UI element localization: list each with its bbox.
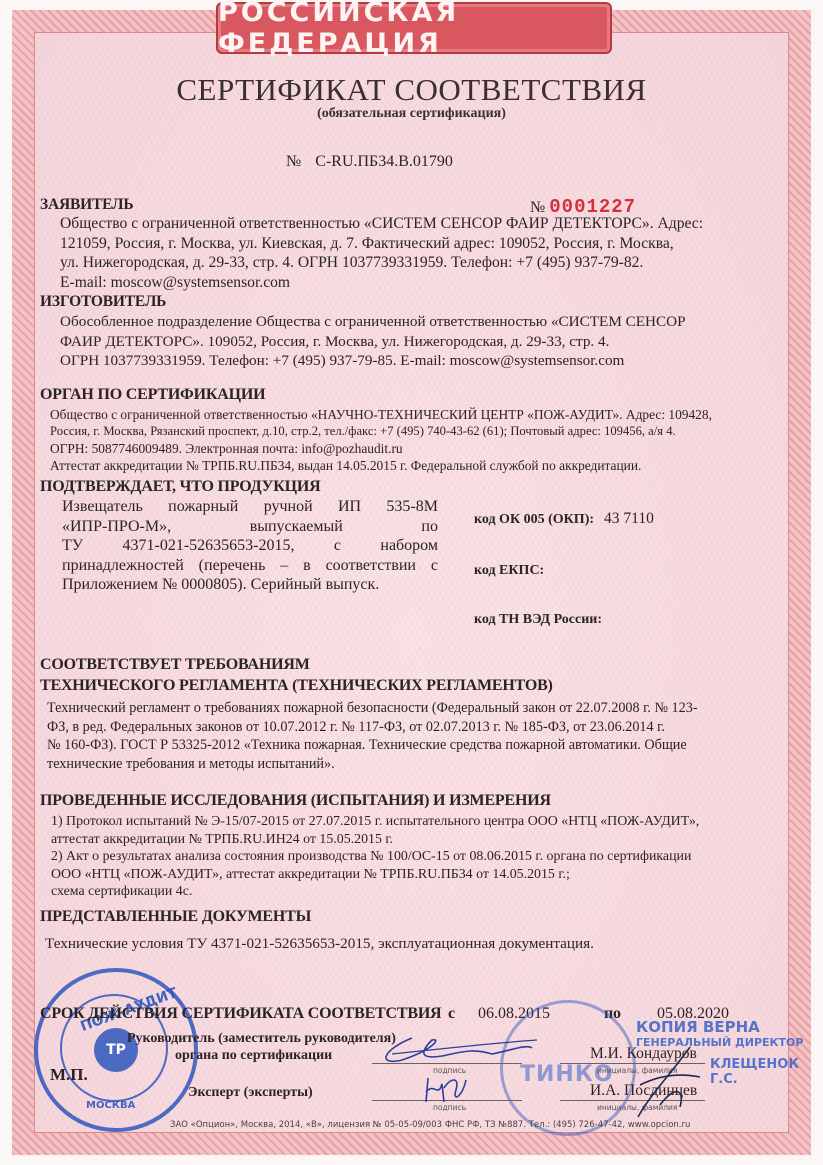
validity-from-label: с	[448, 1005, 455, 1023]
code-ekps: код ЕКПС:	[474, 561, 554, 579]
code-tnved: код ТН ВЭД России:	[474, 610, 612, 628]
applicant-line: 121059, Россия, г. Москва, ул. Киевская,…	[60, 234, 703, 254]
requirements-line: ФЗ, в ред. Федеральных законов от 10.07.…	[47, 718, 698, 737]
requirements-subheading: ТЕХНИЧЕСКОГО РЕГЛАМЕНТА (ТЕХНИЧЕСКИХ РЕГ…	[40, 677, 553, 695]
applicant-line: Общество с ограниченной ответственностью…	[60, 214, 703, 234]
certificate-number: №C-RU.ПБ34.В.01790	[286, 153, 453, 171]
number-sign: №	[286, 153, 301, 170]
expert-label: Эксперт (эксперты)	[188, 1085, 313, 1101]
product-line: ИзвещательпожарныйручнойИП535-8М	[62, 497, 438, 517]
certification-body-heading: ОРГАН ПО СЕРТИФИКАЦИИ	[40, 386, 265, 404]
head-signature	[372, 1030, 542, 1070]
round-seal-bottom: МОСКВА	[86, 1100, 135, 1111]
manufacturer-line: ФАИР ДЕТЕКТОРС». 109052, Россия, г. Моск…	[60, 332, 686, 352]
head-label: Руководитель (заместитель руководителя)	[127, 1031, 396, 1047]
applicant-text: Общество с ограниченной ответственностью…	[60, 214, 703, 292]
code-okp-value: 43 7110	[604, 510, 654, 527]
code-okp: код ОК 005 (ОКП):43 7110	[474, 510, 654, 528]
certification-body-line: ОГРН: 5087746009489. Электронная почта: …	[50, 440, 712, 457]
tests-line: ООО «НТЦ «ПОЖ-АУДИТ», аттестат аккредита…	[51, 866, 699, 884]
seal-label: М.П.	[50, 1065, 88, 1085]
code-tnved-label: код ТН ВЭД России:	[474, 612, 602, 627]
validity-heading: СРОК ДЕЙСТВИЯ СЕРТИФИКАТА СООТВЕТСТВИЯ	[40, 1005, 441, 1023]
requirements-line: технические требования и методы испытани…	[47, 755, 698, 774]
manufacturer-line: ОГРН 1037739331959. Телефон: +7 (495) 93…	[60, 351, 686, 371]
tests-line: схема сертификации 4с.	[51, 883, 699, 901]
requirements-heading: СООТВЕТСТВУЕТ ТРЕБОВАНИЯМ	[40, 656, 310, 674]
code-ekps-label: код ЕКПС:	[474, 563, 544, 578]
manufacturer-heading: ИЗГОТОВИТЕЛЬ	[40, 293, 166, 311]
tests-text: 1) Протокол испытаний № Э-15/07-2015 от …	[51, 813, 699, 901]
applicant-line: E-mail: moscow@systemsensor.com	[60, 273, 703, 293]
documents-text: Технические условия ТУ 4371-021-52635653…	[45, 934, 594, 954]
product-description: ИзвещательпожарныйручнойИП535-8М «ИПР-ПР…	[62, 497, 438, 595]
manufacturer-line: Обособленное подразделение Общества с ог…	[60, 312, 686, 332]
certification-body-line: Аттестат аккредитации № ТРПБ.RU.ПБ34, вы…	[50, 457, 712, 474]
product-line: «ИПР-ПРО-М»,выпускаемыйпо	[62, 517, 438, 537]
documents-heading: ПРЕДСТАВЛЕННЫЕ ДОКУМЕНТЫ	[40, 908, 311, 926]
document-subtitle: (обязательная сертификация)	[0, 106, 823, 122]
code-okp-label: код ОК 005 (ОКП):	[474, 512, 594, 527]
manufacturer-text: Обособленное подразделение Общества с ог…	[60, 312, 686, 371]
requirements-line: Технический регламент о требованиях пожа…	[47, 699, 698, 718]
banner-text: РОССИЙСКАЯ ФЕДЕРАЦИЯ	[218, 0, 610, 59]
tests-line: 2) Акт о результатах анализа состояния п…	[51, 848, 699, 866]
head-label-2: органа по сертификации	[175, 1048, 332, 1064]
applicant-heading: ЗАЯВИТЕЛЬ	[40, 196, 133, 214]
certificate-number-value: C-RU.ПБ34.В.01790	[315, 153, 453, 170]
product-line: ТУ4371-021-52635653-2015,снабором	[62, 536, 438, 556]
requirements-text: Технический регламент о требованиях пожа…	[47, 699, 698, 773]
applicant-line: ул. Нижегородская, д. 29-33, стр. 4. ОГР…	[60, 253, 703, 273]
copy-stamp-line-1: КОПИЯ ВЕРНА	[636, 1018, 760, 1036]
requirements-line: № 160-ФЗ). ГОСТ Р 53325-2012 «Техника по…	[47, 736, 698, 755]
product-line: принадлежностей(перечень–всоответствиис	[62, 556, 438, 576]
round-seal-stamp: ТР ПОЖ-АУДИТ МОСКВА	[34, 968, 198, 1132]
product-heading: ПОДТВЕРЖДАЕТ, ЧТО ПРОДУКЦИЯ	[40, 478, 320, 496]
director-signature	[630, 1045, 710, 1120]
tests-line: 1) Протокол испытаний № Э-15/07-2015 от …	[51, 813, 699, 831]
copy-stamp-line-3: КЛЕЩЕНОК Г.С.	[710, 1057, 823, 1087]
certification-body-text: Общество с ограниченной ответственностью…	[50, 406, 712, 474]
country-banner: РОССИЙСКАЯ ФЕДЕРАЦИЯ	[216, 2, 612, 54]
certification-body-line: Россия, г. Москва, Рязанский проспект, д…	[50, 423, 712, 440]
product-line: Приложением № 0000805). Серийный выпуск.	[62, 575, 438, 595]
tests-heading: ПРОВЕДЕННЫЕ ИССЛЕДОВАНИЯ (ИСПЫТАНИЯ) И И…	[40, 792, 551, 810]
printer-footer: ЗАО «Опцион», Москва, 2014, «В», лицензи…	[170, 1120, 690, 1130]
certification-body-line: Общество с ограниченной ответственностью…	[50, 406, 712, 423]
document-title: СЕРТИФИКАТ СООТВЕТСТВИЯ	[0, 72, 823, 108]
expert-signature	[420, 1072, 480, 1106]
tests-line: аттестат аккредитации № ТРПБ.RU.ИН24 от …	[51, 831, 699, 849]
